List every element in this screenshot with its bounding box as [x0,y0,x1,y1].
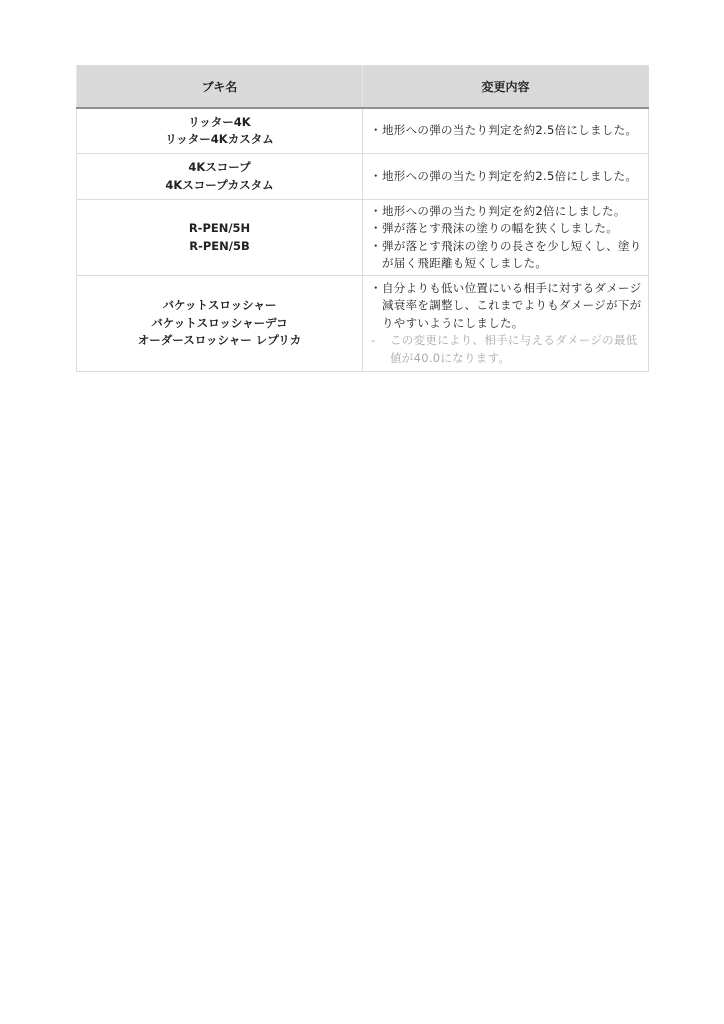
bullet-icon: ・ [370,238,382,256]
changes-cell: ・地形への弾の当たり判定を約2.5倍にしました。 [363,108,649,154]
table-header-row: ブキ名 変更内容 [77,66,649,109]
weapon-name-cell: 4Kスコープ 4Kスコープカスタム [77,154,363,200]
weapon-name-cell: R-PEN/5H R-PEN/5B [77,200,363,276]
bullet-icon: ・ [370,220,382,238]
table-row: リッター4K リッター4Kカスタム ・地形への弾の当たり判定を約2.5倍にしまし… [77,108,649,154]
weapon-name-cell: バケットスロッシャー バケットスロッシャーデコ オーダースロッシャー レプリカ [77,276,363,372]
change-item: ・地形への弾の当たり判定を約2.5倍にしました。 [370,168,642,186]
bullet-icon: ・ [370,203,382,221]
dash-icon: - [371,332,375,350]
weapon-changes-table: ブキ名 変更内容 リッター4K リッター4Kカスタム ・地形への弾の当たり判定を… [76,65,649,372]
table-row: 4Kスコープ 4Kスコープカスタム ・地形への弾の当たり判定を約2.5倍にしまし… [77,154,649,200]
weapon-name: バケットスロッシャー [77,297,362,315]
weapon-name: リッター4Kカスタム [77,131,362,149]
changes-cell: ・地形への弾の当たり判定を約2.5倍にしました。 [363,154,649,200]
weapon-name: 4Kスコープ [77,159,362,177]
change-item: ・地形への弾の当たり判定を約2.5倍にしました。 [370,122,642,140]
weapon-name: 4Kスコープカスタム [77,177,362,195]
changes-cell: ・地形への弾の当たり判定を約2倍にしました。 ・弾が落とす飛沫の塗りの幅を狭くし… [363,200,649,276]
header-weapon-name: ブキ名 [77,66,363,109]
weapon-name: バケットスロッシャーデコ [77,315,362,333]
change-item: ・地形への弾の当たり判定を約2倍にしました。 [370,203,642,221]
weapon-name: オーダースロッシャー レプリカ [77,332,362,350]
bullet-icon: ・ [370,122,382,140]
weapon-name: R-PEN/5B [77,238,362,256]
table-row: バケットスロッシャー バケットスロッシャーデコ オーダースロッシャー レプリカ … [77,276,649,372]
table-row: R-PEN/5H R-PEN/5B ・地形への弾の当たり判定を約2倍にしました。… [77,200,649,276]
weapon-name: R-PEN/5H [77,220,362,238]
weapon-name: リッター4K [77,114,362,132]
bullet-icon: ・ [370,280,382,298]
weapon-name-cell: リッター4K リッター4Kカスタム [77,108,363,154]
change-item: ・弾が落とす飛沫の塗りの幅を狭くしました。 [370,220,642,238]
change-item: ・自分よりも低い位置にいる相手に対するダメージ減衰率を調整し、これまでよりもダメ… [370,280,642,333]
header-changes: 変更内容 [363,66,649,109]
changes-cell: ・自分よりも低い位置にいる相手に対するダメージ減衰率を調整し、これまでよりもダメ… [363,276,649,372]
bullet-icon: ・ [370,168,382,186]
change-item: ・弾が落とす飛沫の塗りの長さを少し短くし、塗りが届く飛距離も短くしました。 [370,238,642,273]
change-note: -この変更により、相手に与えるダメージの最低値が40.0になります。 [370,332,642,367]
